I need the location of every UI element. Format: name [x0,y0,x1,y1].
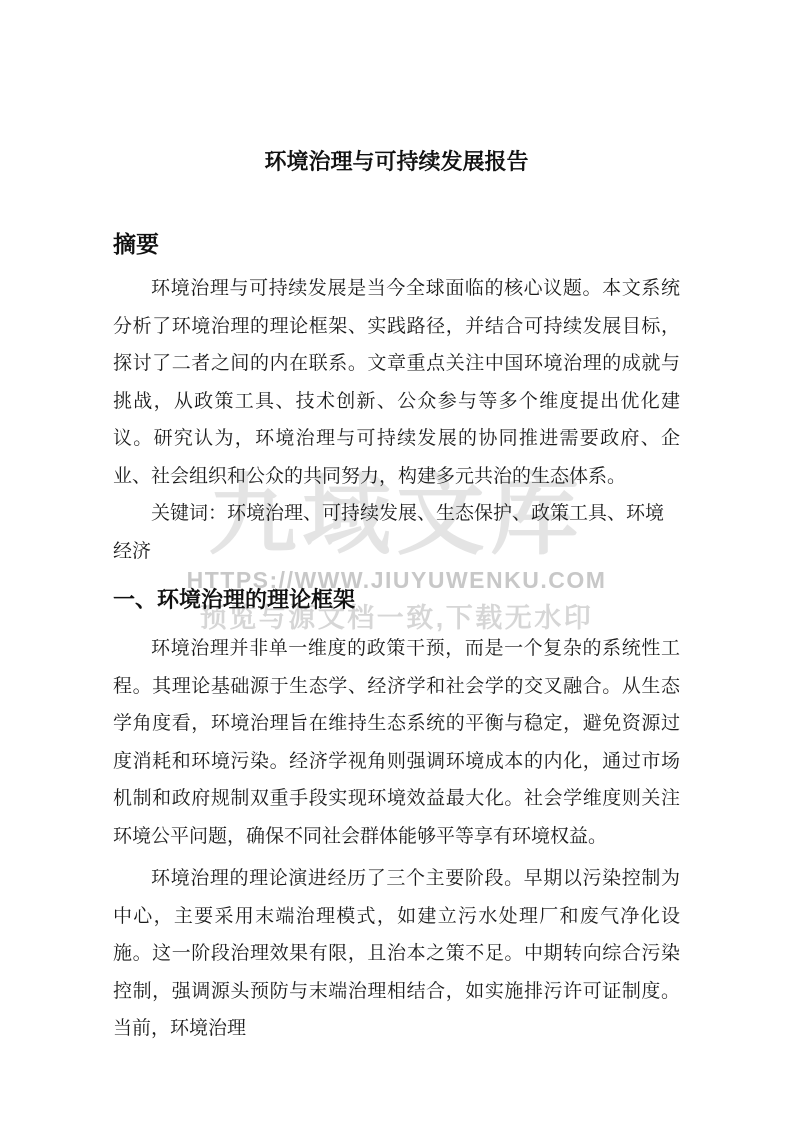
document-content: 环境治理与可持续发展报告 摘要 环境治理与可持续发展是当今全球面临的核心议题。本… [0,0,793,1048]
abstract-paragraph: 环境治理与可持续发展是当今全球面临的核心议题。本文系统分析了环境治理的理论框架、… [113,270,680,495]
abstract-heading: 摘要 [113,228,680,260]
section-1-paragraph-1: 环境治理并非单一维度的政策干预，而是一个复杂的系统性工程。其理论基础源于生态学、… [113,630,680,855]
document-title: 环境治理与可持续发展报告 [113,146,680,178]
keywords-line: 关键词：环境治理、可持续发展、生态保护、政策工具、环境经济 [113,495,680,570]
document-page: 九域文库 HTTPS://WWW.JIUYUWENKU.COM 预览与源文档一致… [0,0,793,1122]
section-1-paragraph-2: 环境治理的理论演进经历了三个主要阶段。早期以污染控制为中心，主要采用末端治理模式… [113,860,680,1048]
section-1-heading: 一、环境治理的理论框架 [113,584,680,616]
